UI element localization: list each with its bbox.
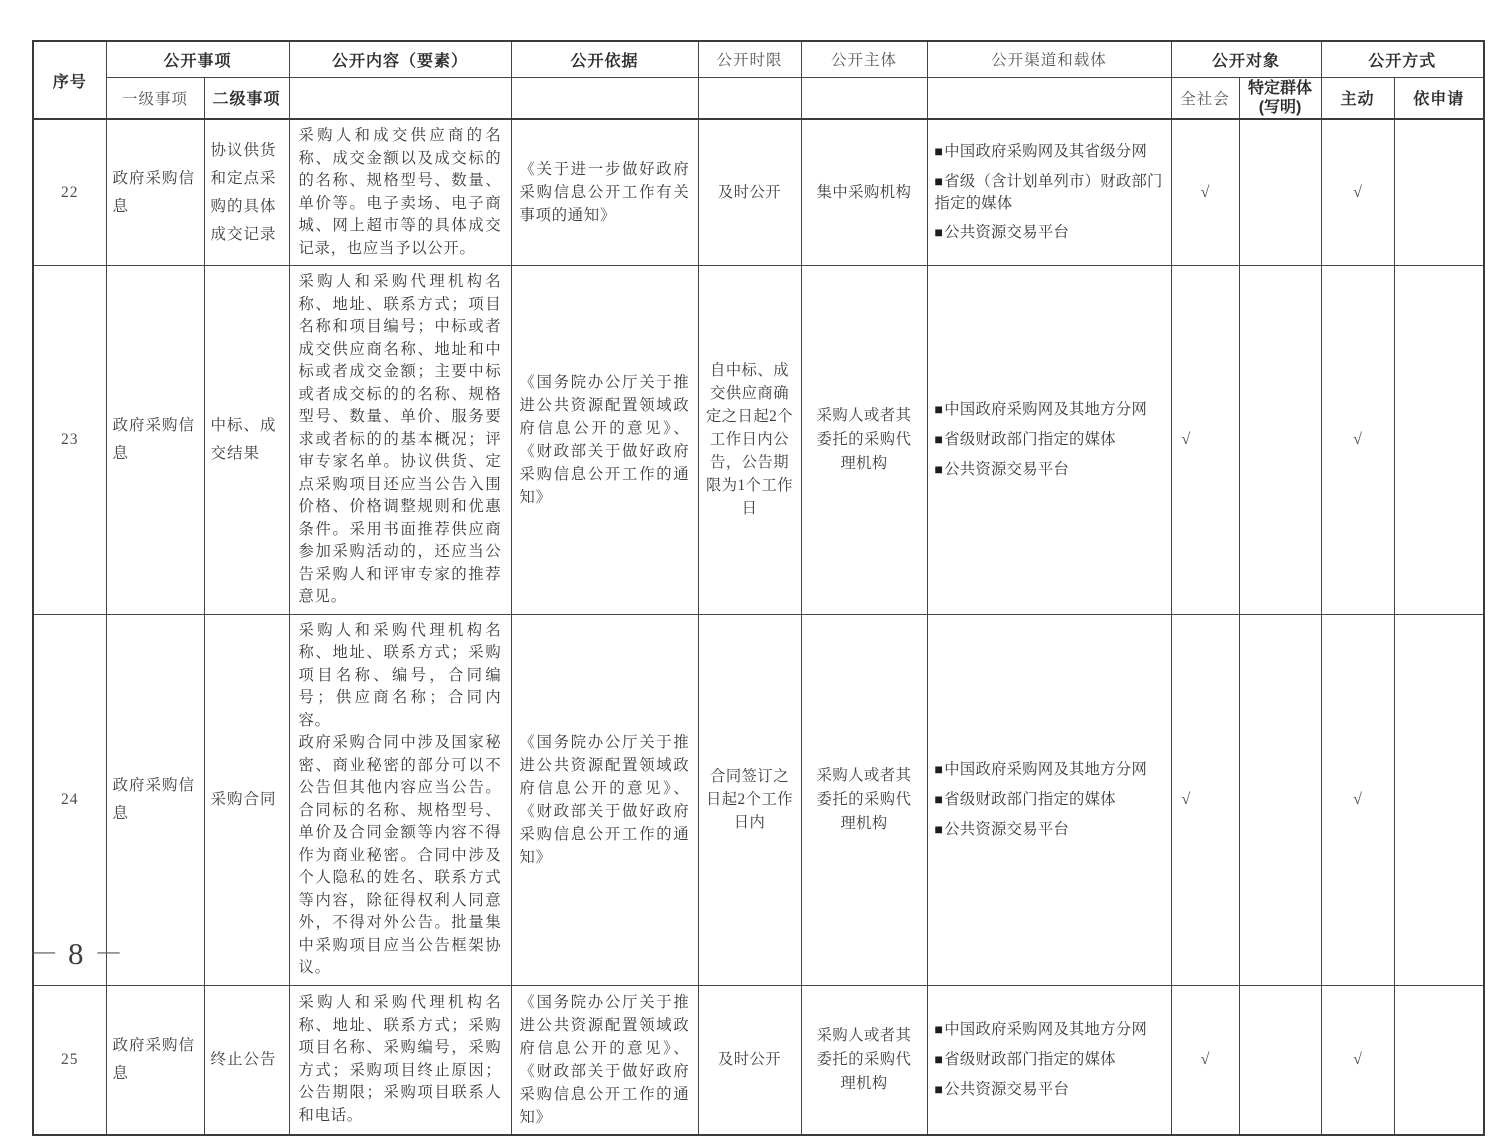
col-header-on-request: 依申请 bbox=[1394, 77, 1484, 119]
channel-text: 省级（含计划单列市）财政部门指定的媒体 bbox=[935, 173, 1163, 212]
cell-disclosure-content: 采购人和成交供应商的名称、成交金额以及成交标的的名称、规格型号、数量、单价等。电… bbox=[289, 119, 511, 266]
channel-text: 中国政府采购网及其地方分网 bbox=[944, 761, 1147, 778]
channel-text: 省级财政部门指定的媒体 bbox=[944, 791, 1116, 808]
table-row-25: 25 政府采购信息 终止公告 采购人和采购代理机构名称、地址、联系方式；采购项目… bbox=[33, 985, 1484, 1135]
header-empty-subject bbox=[801, 77, 927, 119]
cell-disclosure-subject: 采购人或者其委托的采购代理机构 bbox=[801, 266, 927, 615]
cell-channels: ■中国政府采购网及其地方分网 ■省级财政部门指定的媒体 ■公共资源交易平台 bbox=[927, 985, 1171, 1135]
row-number: 24 bbox=[33, 614, 106, 985]
channel-item: ■中国政府采购网及其地方分网 bbox=[935, 759, 1164, 781]
filled-square-bullet: ■ bbox=[935, 793, 944, 808]
channel-item: ■省级财政部门指定的媒体 bbox=[935, 1049, 1164, 1071]
cell-check-whole-society: √ bbox=[1171, 266, 1239, 615]
cell-check-on-request bbox=[1394, 266, 1484, 615]
specific-group-line1: 特定群体 bbox=[1240, 79, 1321, 98]
col-header-time-limit: 公开时限 bbox=[698, 41, 801, 77]
col-header-level2: 二级事项 bbox=[204, 77, 289, 119]
cell-disclosure-basis: 《国务院办公厅关于推进公共资源配置领域政府信息公开的意见》、《财政部关于做好政府… bbox=[511, 985, 698, 1135]
cell-channels: ■中国政府采购网及其省级分网 ■省级（含计划单列市）财政部门指定的媒体 ■公共资… bbox=[927, 119, 1171, 266]
cell-level2-item: 协议供货和定点采购的具体成交记录 bbox=[204, 119, 289, 266]
content-paragraph: 采购人和采购代理机构名称、地址、联系方式；采购项目名称、采购编号，采购方式；采购… bbox=[299, 992, 502, 1127]
filled-square-bullet: ■ bbox=[935, 1023, 944, 1038]
cell-disclosure-basis: 《国务院办公厅关于推进公共资源配置领域政府信息公开的意见》、《财政部关于做好政府… bbox=[511, 266, 698, 615]
channel-text: 公共资源交易平台 bbox=[944, 224, 1069, 241]
channel-text: 省级财政部门指定的媒体 bbox=[944, 431, 1116, 448]
cell-channels: ■中国政府采购网及其地方分网 ■省级财政部门指定的媒体 ■公共资源交易平台 bbox=[927, 266, 1171, 615]
cell-level2-item: 采购合同 bbox=[204, 614, 289, 985]
filled-square-bullet: ■ bbox=[935, 1053, 944, 1068]
filled-square-bullet: ■ bbox=[935, 823, 944, 838]
cell-level1-item: 政府采购信息 bbox=[106, 266, 204, 615]
cell-time-limit: 及时公开 bbox=[698, 985, 801, 1135]
channel-text: 公共资源交易平台 bbox=[944, 461, 1069, 478]
cell-check-proactive: √ bbox=[1321, 985, 1394, 1135]
specific-group-line2: (写明) bbox=[1240, 98, 1321, 117]
header-empty-channels bbox=[927, 77, 1171, 119]
col-header-basis: 公开依据 bbox=[511, 41, 698, 77]
cell-disclosure-basis: 《关于进一步做好政府采购信息公开工作有关事项的通知》 bbox=[511, 119, 698, 266]
table-header-row-2: 一级事项 二级事项 全社会 特定群体 (写明) 主动 依申请 bbox=[33, 77, 1484, 119]
cell-time-limit: 及时公开 bbox=[698, 119, 801, 266]
cell-check-proactive: √ bbox=[1321, 266, 1394, 615]
header-empty-time-limit bbox=[698, 77, 801, 119]
col-header-methods: 公开方式 bbox=[1321, 41, 1484, 77]
cell-check-specific-group bbox=[1239, 266, 1321, 615]
cell-check-proactive: √ bbox=[1321, 614, 1394, 985]
footer-dash-left: — bbox=[33, 938, 55, 963]
cell-check-on-request bbox=[1394, 985, 1484, 1135]
cell-check-whole-society: √ bbox=[1171, 119, 1239, 266]
disclosure-table: 序号 公开事项 公开内容（要素） 公开依据 公开时限 公开主体 公开渠道和载体 … bbox=[32, 40, 1485, 1136]
cell-check-proactive: √ bbox=[1321, 119, 1394, 266]
channel-item: ■省级财政部门指定的媒体 bbox=[935, 789, 1164, 811]
content-paragraph: 采购人和采购代理机构名称、地址、联系方式；采购项目名称、编号，合同编号；供应商名… bbox=[299, 620, 502, 733]
cell-disclosure-subject: 集中采购机构 bbox=[801, 119, 927, 266]
filled-square-bullet: ■ bbox=[935, 1083, 944, 1098]
table-sheet: 序号 公开事项 公开内容（要素） 公开依据 公开时限 公开主体 公开渠道和载体 … bbox=[32, 40, 1485, 1136]
footer-dash-right: — bbox=[98, 938, 120, 963]
channel-text: 中国政府采购网及其地方分网 bbox=[944, 401, 1147, 418]
channel-item: ■公共资源交易平台 bbox=[935, 1079, 1164, 1101]
document-page: { "table": { "bullet": "■", "check": "√"… bbox=[0, 0, 1508, 983]
cell-disclosure-content: 采购人和采购代理机构名称、地址、联系方式；采购项目名称、编号，合同编号；供应商名… bbox=[289, 614, 511, 985]
cell-check-on-request bbox=[1394, 614, 1484, 985]
col-header-subject: 公开主体 bbox=[801, 41, 927, 77]
cell-check-whole-society: √ bbox=[1171, 985, 1239, 1135]
row-number: 23 bbox=[33, 266, 106, 615]
row-number: 22 bbox=[33, 119, 106, 266]
filled-square-bullet: ■ bbox=[935, 175, 944, 190]
table-row-23: 23 政府采购信息 中标、成交结果 采购人和采购代理机构名称、地址、联系方式；项… bbox=[33, 266, 1484, 615]
table-row-22: 22 政府采购信息 协议供货和定点采购的具体成交记录 采购人和成交供应商的名称、… bbox=[33, 119, 1484, 266]
col-header-disclosure-items: 公开事项 bbox=[106, 41, 289, 77]
table-header-row-1: 序号 公开事项 公开内容（要素） 公开依据 公开时限 公开主体 公开渠道和载体 … bbox=[33, 41, 1484, 77]
page-footer: —8— bbox=[33, 936, 120, 972]
channel-text: 中国政府采购网及其地方分网 bbox=[944, 1021, 1147, 1038]
filled-square-bullet: ■ bbox=[935, 403, 944, 418]
col-header-proactive: 主动 bbox=[1321, 77, 1394, 119]
filled-square-bullet: ■ bbox=[935, 433, 944, 448]
col-header-channels: 公开渠道和载体 bbox=[927, 41, 1171, 77]
cell-level1-item: 政府采购信息 bbox=[106, 614, 204, 985]
header-empty-basis bbox=[511, 77, 698, 119]
cell-level1-item: 政府采购信息 bbox=[106, 985, 204, 1135]
cell-check-specific-group bbox=[1239, 985, 1321, 1135]
col-header-targets: 公开对象 bbox=[1171, 41, 1321, 77]
col-header-level1: 一级事项 bbox=[106, 77, 204, 119]
channel-text: 公共资源交易平台 bbox=[944, 821, 1069, 838]
cell-level2-item: 终止公告 bbox=[204, 985, 289, 1135]
channel-item: ■省级财政部门指定的媒体 bbox=[935, 429, 1164, 451]
cell-time-limit: 自中标、成交供应商确定之日起2个工作日内公告，公告期限为1个工作日 bbox=[698, 266, 801, 615]
col-header-content: 公开内容（要素） bbox=[289, 41, 511, 77]
cell-channels: ■中国政府采购网及其地方分网 ■省级财政部门指定的媒体 ■公共资源交易平台 bbox=[927, 614, 1171, 985]
cell-time-limit: 合同签订之日起2个工作日内 bbox=[698, 614, 801, 985]
cell-disclosure-subject: 采购人或者其委托的采购代理机构 bbox=[801, 985, 927, 1135]
cell-level2-item: 中标、成交结果 bbox=[204, 266, 289, 615]
channel-text: 公共资源交易平台 bbox=[944, 1081, 1069, 1098]
channel-item: ■中国政府采购网及其地方分网 bbox=[935, 1019, 1164, 1041]
filled-square-bullet: ■ bbox=[935, 226, 944, 241]
cell-check-specific-group bbox=[1239, 119, 1321, 266]
filled-square-bullet: ■ bbox=[935, 763, 944, 778]
cell-check-specific-group bbox=[1239, 614, 1321, 985]
channel-item: ■中国政府采购网及其省级分网 bbox=[935, 141, 1164, 163]
content-paragraph: 采购人和成交供应商的名称、成交金额以及成交标的的名称、规格型号、数量、单价等。电… bbox=[299, 125, 502, 260]
channel-item: ■省级（含计划单列市）财政部门指定的媒体 bbox=[935, 171, 1164, 214]
col-header-serial: 序号 bbox=[33, 41, 106, 119]
cell-disclosure-content: 采购人和采购代理机构名称、地址、联系方式；项目名称和项目编号；中标或者成交供应商… bbox=[289, 266, 511, 615]
header-empty-content bbox=[289, 77, 511, 119]
cell-level1-item: 政府采购信息 bbox=[106, 119, 204, 266]
channel-item: ■公共资源交易平台 bbox=[935, 819, 1164, 841]
channel-text: 省级财政部门指定的媒体 bbox=[944, 1051, 1116, 1068]
filled-square-bullet: ■ bbox=[935, 463, 944, 478]
col-header-specific-group: 特定群体 (写明) bbox=[1239, 77, 1321, 119]
cell-disclosure-basis: 《国务院办公厅关于推进公共资源配置领域政府信息公开的意见》、《财政部关于做好政府… bbox=[511, 614, 698, 985]
page-number: 8 bbox=[68, 936, 85, 971]
channel-text: 中国政府采购网及其省级分网 bbox=[944, 143, 1147, 160]
table-row-24: 24 政府采购信息 采购合同 采购人和采购代理机构名称、地址、联系方式；采购项目… bbox=[33, 614, 1484, 985]
channel-item: ■中国政府采购网及其地方分网 bbox=[935, 399, 1164, 421]
content-paragraph: 政府采购合同中涉及国家秘密、商业秘密的部分可以不公告但其他内容应当公告。合同标的… bbox=[299, 732, 502, 980]
filled-square-bullet: ■ bbox=[935, 145, 944, 160]
content-paragraph: 采购人和采购代理机构名称、地址、联系方式；项目名称和项目编号；中标或者成交供应商… bbox=[299, 271, 502, 609]
cell-disclosure-subject: 采购人或者其委托的采购代理机构 bbox=[801, 614, 927, 985]
cell-check-on-request bbox=[1394, 119, 1484, 266]
channel-item: ■公共资源交易平台 bbox=[935, 459, 1164, 481]
col-header-whole-society: 全社会 bbox=[1171, 77, 1239, 119]
row-number: 25 bbox=[33, 985, 106, 1135]
cell-check-whole-society: √ bbox=[1171, 614, 1239, 985]
channel-item: ■公共资源交易平台 bbox=[935, 222, 1164, 244]
cell-disclosure-content: 采购人和采购代理机构名称、地址、联系方式；采购项目名称、采购编号，采购方式；采购… bbox=[289, 985, 511, 1135]
